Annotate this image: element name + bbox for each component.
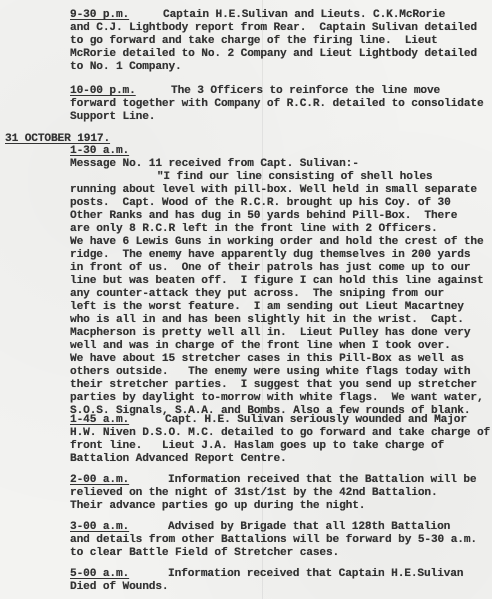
entry-text-line: Support Line. xyxy=(70,111,155,124)
entry-text-line: Capt. H.E. Sulivan seriously wounded and… xyxy=(165,414,467,427)
message-line: posts. Capt. Wood of the R.C.R. brought … xyxy=(70,197,451,210)
message-line: We have about 15 stretcher cases in this… xyxy=(70,353,464,366)
entry-text-line: Information received that the Battalion … xyxy=(168,474,477,487)
message-line: Macpherson is pretty well all in. Lieut … xyxy=(70,327,470,340)
message-line: left is the worst feature. I am sending … xyxy=(70,301,464,314)
entry-text-line: front line. Lieut J.A. Haslam goes up to… xyxy=(70,440,444,453)
message-line: Message No. 11 received from Capt. Suliv… xyxy=(70,158,359,171)
message-line: their stretcher parties. I suggest that … xyxy=(70,379,477,392)
scanned-document-page: 9-30 p.m. Captain H.E.Sulivan and Lieuts… xyxy=(0,0,492,599)
entry-text-line: to go forward and take charge of the fir… xyxy=(70,35,438,48)
message-line: "I find our line consisting of shell hol… xyxy=(124,171,433,184)
entry-text-line: Their advance parties go up during the n… xyxy=(70,500,365,513)
message-line: Other Ranks and has dug in 50 yards behi… xyxy=(70,210,457,223)
message-line: are only 8 R.C.R left in the front line … xyxy=(70,223,438,236)
entry-text-line: and C.J. Lightbody report from Rear. Cap… xyxy=(70,22,477,35)
message-line: ridge. The enemy have apparently dug the… xyxy=(70,249,470,262)
entry-time-1000pm: 10-00 p.m. xyxy=(70,85,136,98)
message-line: We have 6 Lewis Guns in working order an… xyxy=(70,236,484,249)
entry-text-line: H.W. Niven D.S.O. M.C. detailed to go fo… xyxy=(70,427,490,440)
entry-text-line: and details from other Battalions will b… xyxy=(70,534,477,547)
entry-text-line: Advised by Brigade that all 128th Battal… xyxy=(168,521,450,534)
entry-text-line: Battalion Advanced Report Centre. xyxy=(70,453,287,466)
entry-text-line: McRorie detailed to No. 2 Company and Li… xyxy=(70,48,477,61)
entry-text-line: Died of Wounds. xyxy=(70,581,168,594)
entry-time-930pm: 9-30 p.m. xyxy=(70,9,129,22)
entry-text-line: Information received that Captain H.E.Su… xyxy=(168,568,463,581)
message-line: in front of us. One of their patrols has… xyxy=(70,262,470,275)
message-line: parties by daylight to-morrow with white… xyxy=(70,392,484,405)
entry-time-130am: 1-30 a.m. xyxy=(70,145,129,158)
message-line: any counter-attack they put across. The … xyxy=(70,288,444,301)
entry-time-200am: 2-00 a.m. xyxy=(70,474,129,487)
message-line: running about level with pill-box. Well … xyxy=(70,184,477,197)
entry-time-500am: 5-00 a.m. xyxy=(70,568,129,581)
entry-text-line: relieved on the night of 31st/1st by the… xyxy=(70,487,438,500)
entry-text-line: Captain H.E.Sulivan and Lieuts. C.K.McRo… xyxy=(163,9,445,22)
message-line: who is all in and has been slightly hit … xyxy=(70,314,464,327)
entry-time-300am: 3-00 a.m. xyxy=(70,521,129,534)
entry-text-line: to clear Battle Field of Stretcher cases… xyxy=(70,547,339,560)
entry-time-145am: 1-45 a.m. xyxy=(70,414,129,427)
message-line: well and was in charge of the front line… xyxy=(70,340,451,353)
message-line: others outside. The enemy were using whi… xyxy=(70,366,470,379)
entry-text-line: to No. 1 Company. xyxy=(70,61,182,74)
message-line: line but was beaten off. I figure I can … xyxy=(70,275,484,288)
entry-text-line: forward together with Company of R.C.R. … xyxy=(70,98,484,111)
entry-text-line: The 3 Officers to reinforce the line mov… xyxy=(171,85,440,98)
